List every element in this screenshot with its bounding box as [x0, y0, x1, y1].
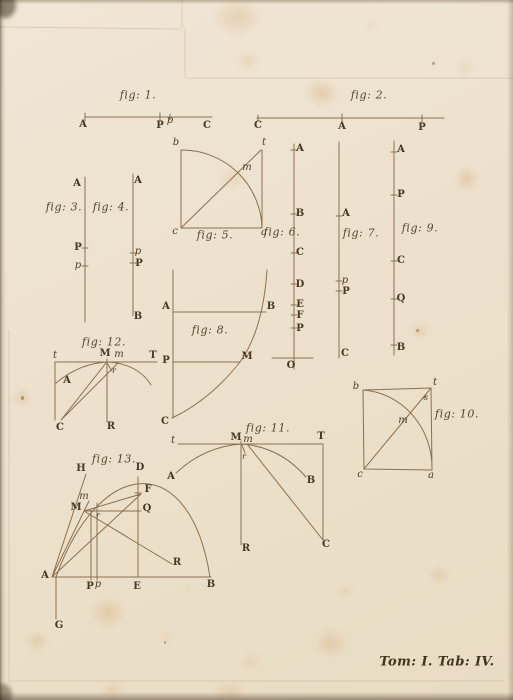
- fig13-label-r: r: [96, 512, 100, 520]
- fig13-label-E: E: [133, 582, 141, 592]
- fig4-caption: fig: 4.: [93, 201, 130, 214]
- fig1-label-p: p: [167, 116, 173, 126]
- fig13-label-G: G: [55, 621, 64, 631]
- fig13-label-p: p: [95, 580, 101, 590]
- fig7-caption: fig: 7.: [343, 227, 380, 240]
- fig13-label-R: R: [173, 558, 181, 568]
- fig13-label-B: B: [207, 580, 215, 590]
- fig13-caption: fig: 13.: [92, 453, 136, 466]
- fig9-label-C: C: [397, 256, 405, 266]
- fig5-label-c: c: [172, 227, 178, 237]
- fig6-label-B: B: [296, 209, 304, 219]
- fig10-label-s: s: [424, 394, 428, 402]
- fig11-label-m: m: [243, 435, 252, 445]
- fig1-label-P: P: [156, 121, 164, 131]
- fig11-caption: fig: 11.: [246, 422, 290, 435]
- fig11-label-B: B: [307, 476, 315, 486]
- fig9-label-P: P: [397, 190, 405, 200]
- fig6-drawing: [272, 144, 313, 369]
- fig11-label-t: t: [171, 436, 175, 446]
- fig3-caption: fig: 3.: [46, 201, 83, 214]
- fig13-label-F: F: [144, 485, 151, 495]
- fig9-label-B: B: [397, 343, 405, 353]
- fig2-label-P: P: [418, 123, 426, 133]
- fig13-label-M: M: [70, 503, 81, 513]
- fig9-label-Q: Q: [397, 294, 406, 304]
- fig12-label-T: T: [149, 351, 156, 361]
- fig1-label-C: C: [203, 121, 211, 131]
- fig11-label-R: R: [242, 544, 250, 554]
- fig13-drawing: [52, 474, 211, 619]
- fig12-label-M: M: [99, 349, 110, 359]
- fig12-drawing: [55, 359, 157, 422]
- fig6-label-O: O: [287, 361, 296, 371]
- fig11-label-M: M: [230, 433, 241, 443]
- fig10-label-m: m: [398, 416, 407, 426]
- fig3-label-p: p: [75, 261, 81, 271]
- fig5-label-b: b: [173, 138, 179, 148]
- fig8-label-B: B: [267, 302, 275, 312]
- fig6-label-P: P: [296, 324, 304, 334]
- fig4-drawing: [130, 174, 136, 316]
- fig13-label-P: P: [86, 582, 94, 592]
- fig9-drawing: [391, 141, 397, 355]
- fig13-label-D: D: [136, 463, 145, 473]
- fig12-caption: fig: 12.: [82, 336, 126, 349]
- fig8-label-A: A: [162, 302, 170, 312]
- fig5-label-m: m: [242, 163, 251, 173]
- fig7-label-A: A: [342, 209, 350, 219]
- fig1-caption: fig: 1.: [120, 89, 157, 102]
- fig11-drawing: [176, 441, 323, 545]
- fig6-label-A: A: [296, 144, 304, 154]
- fig12-label-t: t: [53, 351, 57, 361]
- fig12-label-r: r: [112, 367, 116, 375]
- fig5-label-a: a: [261, 228, 267, 238]
- fig13-label-H: H: [76, 464, 85, 474]
- fig9-label-A: A: [397, 145, 405, 155]
- fig8-label-M: M: [241, 352, 252, 362]
- fig2-label-A: A: [338, 122, 346, 132]
- fig10-drawing: [363, 388, 432, 470]
- fig1-drawing: [85, 113, 212, 121]
- fig3-label-A: A: [73, 179, 81, 189]
- fig2-label-C: C: [254, 121, 262, 131]
- fig4-label-B: B: [134, 312, 142, 322]
- fig10-label-a: a: [428, 471, 434, 481]
- fig4-label-p: p: [135, 247, 141, 257]
- fig7-label-C: C: [341, 349, 349, 359]
- fig4-label-P: P: [135, 259, 143, 269]
- fig13-label-Q: Q: [143, 504, 152, 514]
- fig10-label-b: b: [353, 382, 359, 392]
- fig8-drawing: [172, 270, 267, 418]
- engraving-strokes: [0, 0, 513, 700]
- fig9-caption: fig: 9.: [402, 222, 439, 235]
- fig1-label-A: A: [79, 120, 87, 130]
- fig2-caption: fig: 2.: [351, 89, 388, 102]
- fig6-label-C: C: [296, 248, 304, 258]
- fig10-label-t: t: [433, 378, 437, 388]
- fig12-label-m: m: [114, 350, 123, 360]
- engraved-plate-page: fig: 1. fig: 2. fig: 3. fig: 4. fig: 5. …: [0, 0, 513, 700]
- fig4-label-A: A: [134, 176, 142, 186]
- fig10-label-c: c: [357, 470, 363, 480]
- fig12-label-A: A: [63, 376, 71, 386]
- fig11-label-C: C: [322, 540, 330, 550]
- fig8-label-P: P: [162, 356, 170, 366]
- fig5-caption: fig: 5.: [197, 229, 234, 242]
- fig11-label-T: T: [317, 432, 324, 442]
- fig11-label-A: A: [167, 472, 175, 482]
- fig3-label-P: P: [74, 243, 82, 253]
- fig2-drawing: [257, 114, 444, 123]
- fig6-label-E: E: [296, 300, 304, 310]
- fig7-drawing: [336, 142, 342, 358]
- plate-caption: Tom: I. Tab: IV.: [379, 655, 494, 670]
- fig8-caption: fig: 8.: [192, 324, 229, 337]
- fig12-label-C: C: [56, 423, 64, 433]
- plate-mark-lines: [0, 1, 513, 681]
- fig11-label-r: r: [242, 453, 246, 461]
- fig5-label-t: t: [262, 138, 266, 148]
- fig6-caption: fig: 6.: [264, 226, 301, 239]
- fig8-label-C: C: [161, 417, 169, 427]
- fig13-label-m: m: [79, 492, 88, 502]
- fig6-label-F: F: [296, 311, 303, 321]
- fig6-label-D: D: [296, 280, 305, 290]
- fig13-label-A: A: [41, 571, 49, 581]
- fig10-caption: fig: 10.: [435, 408, 479, 421]
- fig7-label-p: p: [342, 276, 348, 286]
- fig3-drawing: [82, 177, 88, 322]
- fig7-label-P: P: [342, 287, 350, 297]
- fig12-label-R: R: [107, 422, 115, 432]
